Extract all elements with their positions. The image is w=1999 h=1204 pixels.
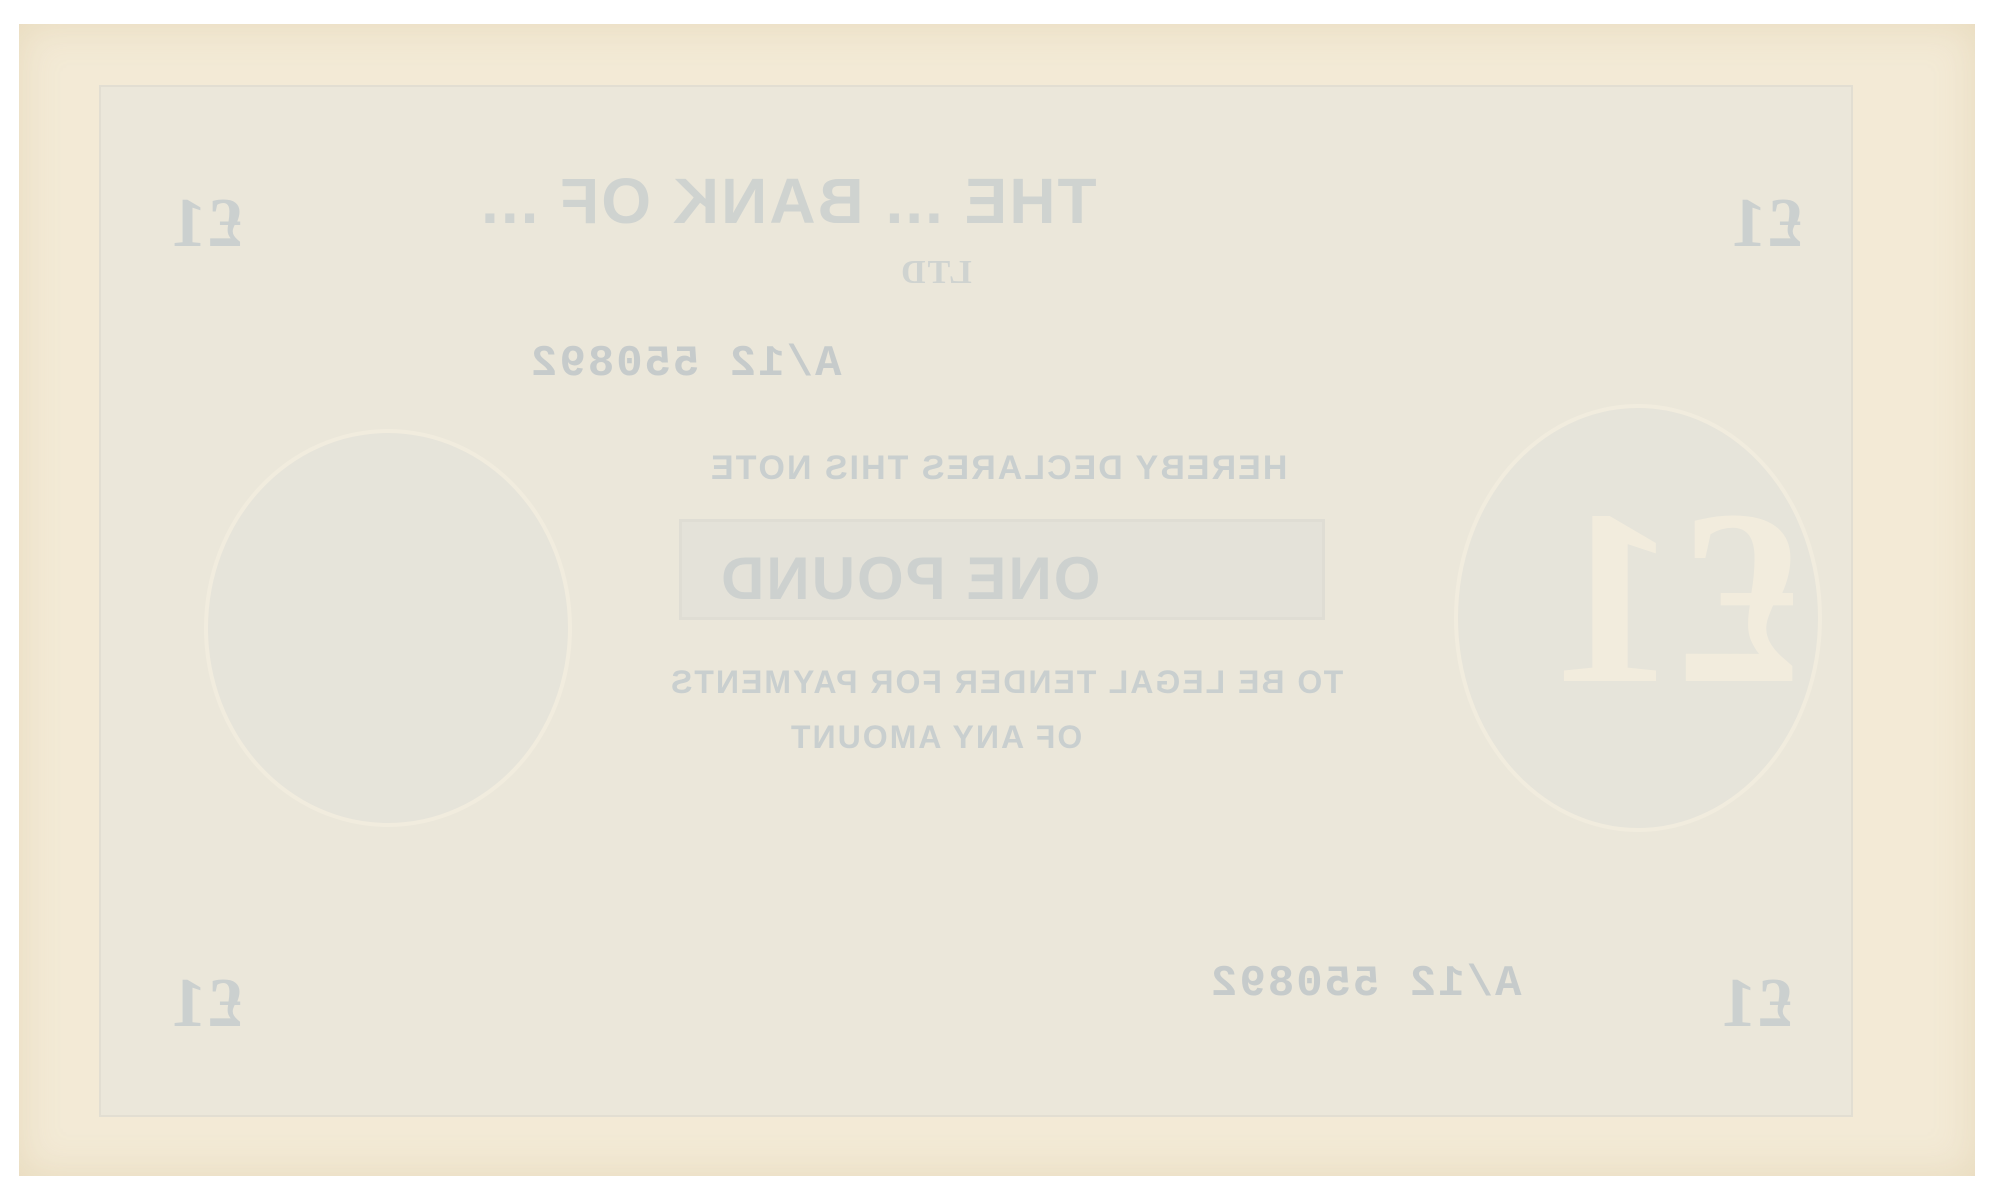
serial-number-top: A/12 550892 [529,339,841,389]
corner-value-bottom-right: £1 [1719,964,1793,1044]
promise-text: HEREBY DECLARES THIS NOTE [709,449,1287,488]
bank-title: THE ... BANK OF ... [479,164,1097,238]
legal-tender-text: TO BE LEGAL TENDER FOR PAYMENTS [669,664,1343,701]
denomination-text: ONE POUND [719,544,1100,613]
portrait-oval [204,429,572,827]
serial-number-bottom: A/12 550892 [1209,959,1521,1009]
corner-value-top-right: £1 [1729,184,1803,264]
corner-value-top-left: £1 [169,184,243,264]
corner-value-bottom-left: £1 [169,964,243,1044]
any-amount-text: OF ANY AMOUNT [789,719,1082,756]
bank-subtitle: LTD [899,254,972,292]
watermark-value: £1 [1549,454,1803,742]
banknote-paper: THE ... BANK OF ... LTD A/12 550892 HERE… [19,24,1975,1176]
